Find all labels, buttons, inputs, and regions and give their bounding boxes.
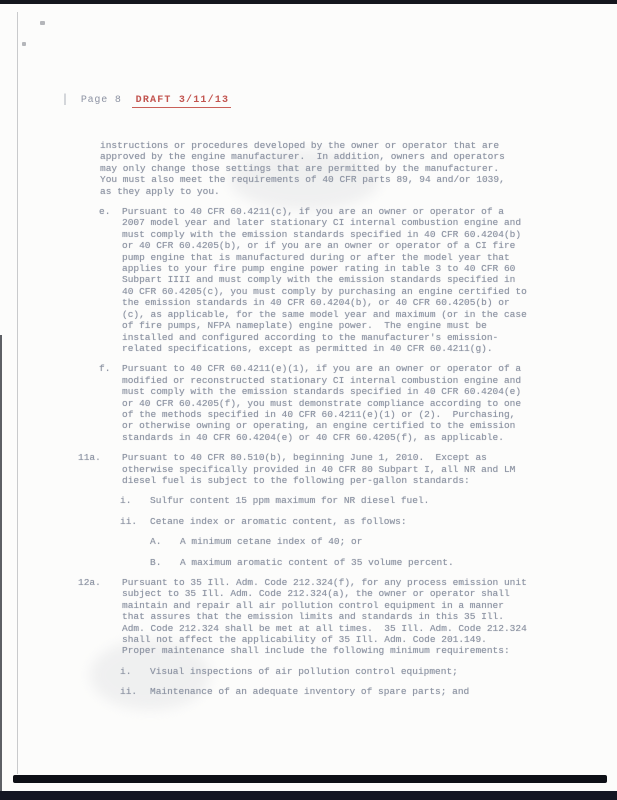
paragraph-text: A maximum aromatic content of 35 volume … <box>180 557 454 568</box>
paragraph-label: B. <box>150 557 180 568</box>
paragraph-text: Cetane index or aromatic content, as fol… <box>150 516 407 527</box>
paragraph-text: Pursuant to 40 CFR 80.510(b), beginning … <box>122 452 515 486</box>
page-header: |Page 8DRAFT 3/11/13 <box>62 94 231 120</box>
paragraph-text: Pursuant to 35 Ill. Adm. Code 212.324(f)… <box>122 577 527 657</box>
scanned-document-page: |Page 8DRAFT 3/11/13 instructions or pro… <box>0 0 617 800</box>
draft-date-stamp: DRAFT 3/11/13 <box>132 95 232 108</box>
paragraph-label: ii. <box>120 686 150 697</box>
scan-artifact-bottom-bar <box>13 775 607 783</box>
paragraph-label: 11a. <box>78 452 122 486</box>
paragraph-i: i.Sulfur content 15 ppm maximum for NR d… <box>120 495 617 506</box>
paragraph-label: 12a. <box>78 577 122 657</box>
paragraph-e: e.Pursuant to 40 CFR 60.4211(c), if you … <box>78 206 617 354</box>
paragraph-label: i. <box>120 666 150 677</box>
scan-artifact-bottom-edge <box>0 791 617 800</box>
paragraph-11a: 11a.Pursuant to 40 CFR 80.510(b), beginn… <box>78 452 617 486</box>
scan-artifact-left-edge <box>0 335 2 800</box>
paragraph-text: instructions or procedures developed by … <box>100 140 505 197</box>
paragraph-12a: 12a.Pursuant to 35 Ill. Adm. Code 212.32… <box>78 577 617 657</box>
paragraph-label: f. <box>78 363 122 443</box>
scan-artifact-top-bar <box>0 0 617 4</box>
paragraph-label: i. <box>120 495 150 506</box>
paragraph-label: ii. <box>120 516 150 527</box>
paragraph-ii: ii.Cetane index or aromatic content, as … <box>120 516 617 527</box>
paragraph-label: e. <box>78 206 122 354</box>
document-body: instructions or procedures developed by … <box>0 140 617 707</box>
paragraph-B: B.A maximum aromatic content of 35 volum… <box>150 557 617 568</box>
scan-artifact-speck <box>22 42 26 46</box>
scan-artifact-speck <box>40 21 45 25</box>
paragraph-i: i.Visual inspections of air pollution co… <box>120 666 617 677</box>
paragraph-ii: ii.Maintenance of an adequate inventory … <box>120 686 617 697</box>
margin-tick-mark: | <box>62 93 69 109</box>
paragraph-f: f.Pursuant to 40 CFR 60.4211(e)(1), if y… <box>78 363 617 443</box>
paragraph-text: Pursuant to 40 CFR 60.4211(c), if you ar… <box>122 206 527 354</box>
paragraph-A: A.A minimum cetane index of 40; or <box>150 536 617 547</box>
paragraph-text: A minimum cetane index of 40; or <box>180 536 362 547</box>
paragraph-continuation: instructions or procedures developed by … <box>100 140 617 197</box>
paragraph-label: A. <box>150 536 180 547</box>
paragraph-text: Maintenance of an adequate inventory of … <box>150 686 469 697</box>
paragraph-text: Visual inspections of air pollution cont… <box>150 666 458 677</box>
paragraph-text: Pursuant to 40 CFR 60.4211(e)(1), if you… <box>122 363 521 443</box>
paragraph-text: Sulfur content 15 ppm maximum for NR die… <box>150 495 429 506</box>
page-number-label: Page 8 <box>81 95 122 106</box>
